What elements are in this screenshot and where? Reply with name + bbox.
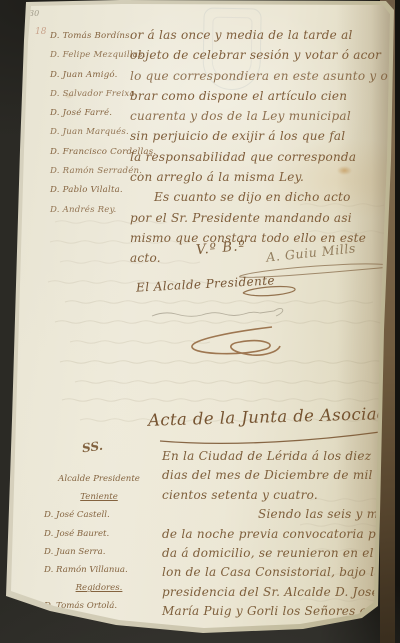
junta-margin-list: Alcalde PresidenteTenienteD. José Castel… <box>36 470 162 616</box>
heading-underline-flourish <box>160 430 394 443</box>
junta-body-line: cientos setenta y cuatro. <box>162 486 400 505</box>
junta-margin-line: D. José Bauret. <box>36 525 162 543</box>
junta-body-text: En la Ciudad de Lérida á los diezdias de… <box>162 447 400 622</box>
act-body-line: objeto de celebrar sesión y votar ó acor <box>130 45 384 65</box>
act-body-line: por el Sr. Presidente mandando asi <box>130 208 384 228</box>
junta-body-line: lon de la Casa Consistorial, bajo la <box>162 563 400 582</box>
junta-margin-line: Teniente <box>36 488 162 506</box>
junta-body-line: presidencia del Sr. Alcalde D. José <box>162 583 400 602</box>
junta-body-line: En la Ciudad de Lérida á los diez <box>162 447 400 466</box>
act-body-line: Es cuanto se dijo en dicho acto <box>130 187 384 207</box>
act-body-line: la responsabilidad que corresponda <box>130 147 384 167</box>
manuscript-page: 30 18 D. Tomás Bordíns.D. Felipe Mezquil… <box>0 0 400 643</box>
act-body-line: con arreglo á la misma Ley. <box>130 167 384 187</box>
junta-margin-line: D. Ramón Villanua. <box>36 561 162 579</box>
junta-margin-line: Alcalde Presidente <box>36 470 162 488</box>
manuscript-scan: 30 18 D. Tomás Bordíns.D. Felipe Mezquil… <box>0 0 400 643</box>
act-body-line: brar como dispone el artículo cien <box>130 86 384 106</box>
junta-margin-line: D. José Castell. <box>36 506 162 524</box>
junta-margin-line: Regidores. <box>36 579 162 597</box>
junta-body-line: de la noche previa convocatoria pasa <box>162 525 400 544</box>
junta-body-line: dias del mes de Diciembre de mil ocho <box>162 466 400 485</box>
junta-body-line: da á domicilio, se reunieron en el sa <box>162 544 400 563</box>
senores-monogram: SS. <box>81 439 104 456</box>
act-body-line: or á las once y media de la tarde al <box>130 25 384 45</box>
junta-body-line: Siendo las seis y media <box>162 505 400 524</box>
act-body-line: cuarenta y dos de la Ley municipal <box>130 106 384 126</box>
pencil-annotation-squiggle <box>152 308 283 316</box>
junta-margin-line: D. Juan Serra. <box>36 543 162 561</box>
act-body-text: or á las once y media de la tarde alobje… <box>130 25 384 269</box>
rubric-flourish <box>192 327 280 355</box>
act-body-line: sin perjuicio de exijir á los que fal <box>130 126 384 146</box>
act-body-line: lo que correspondiera en este asunto y o <box>130 66 384 86</box>
